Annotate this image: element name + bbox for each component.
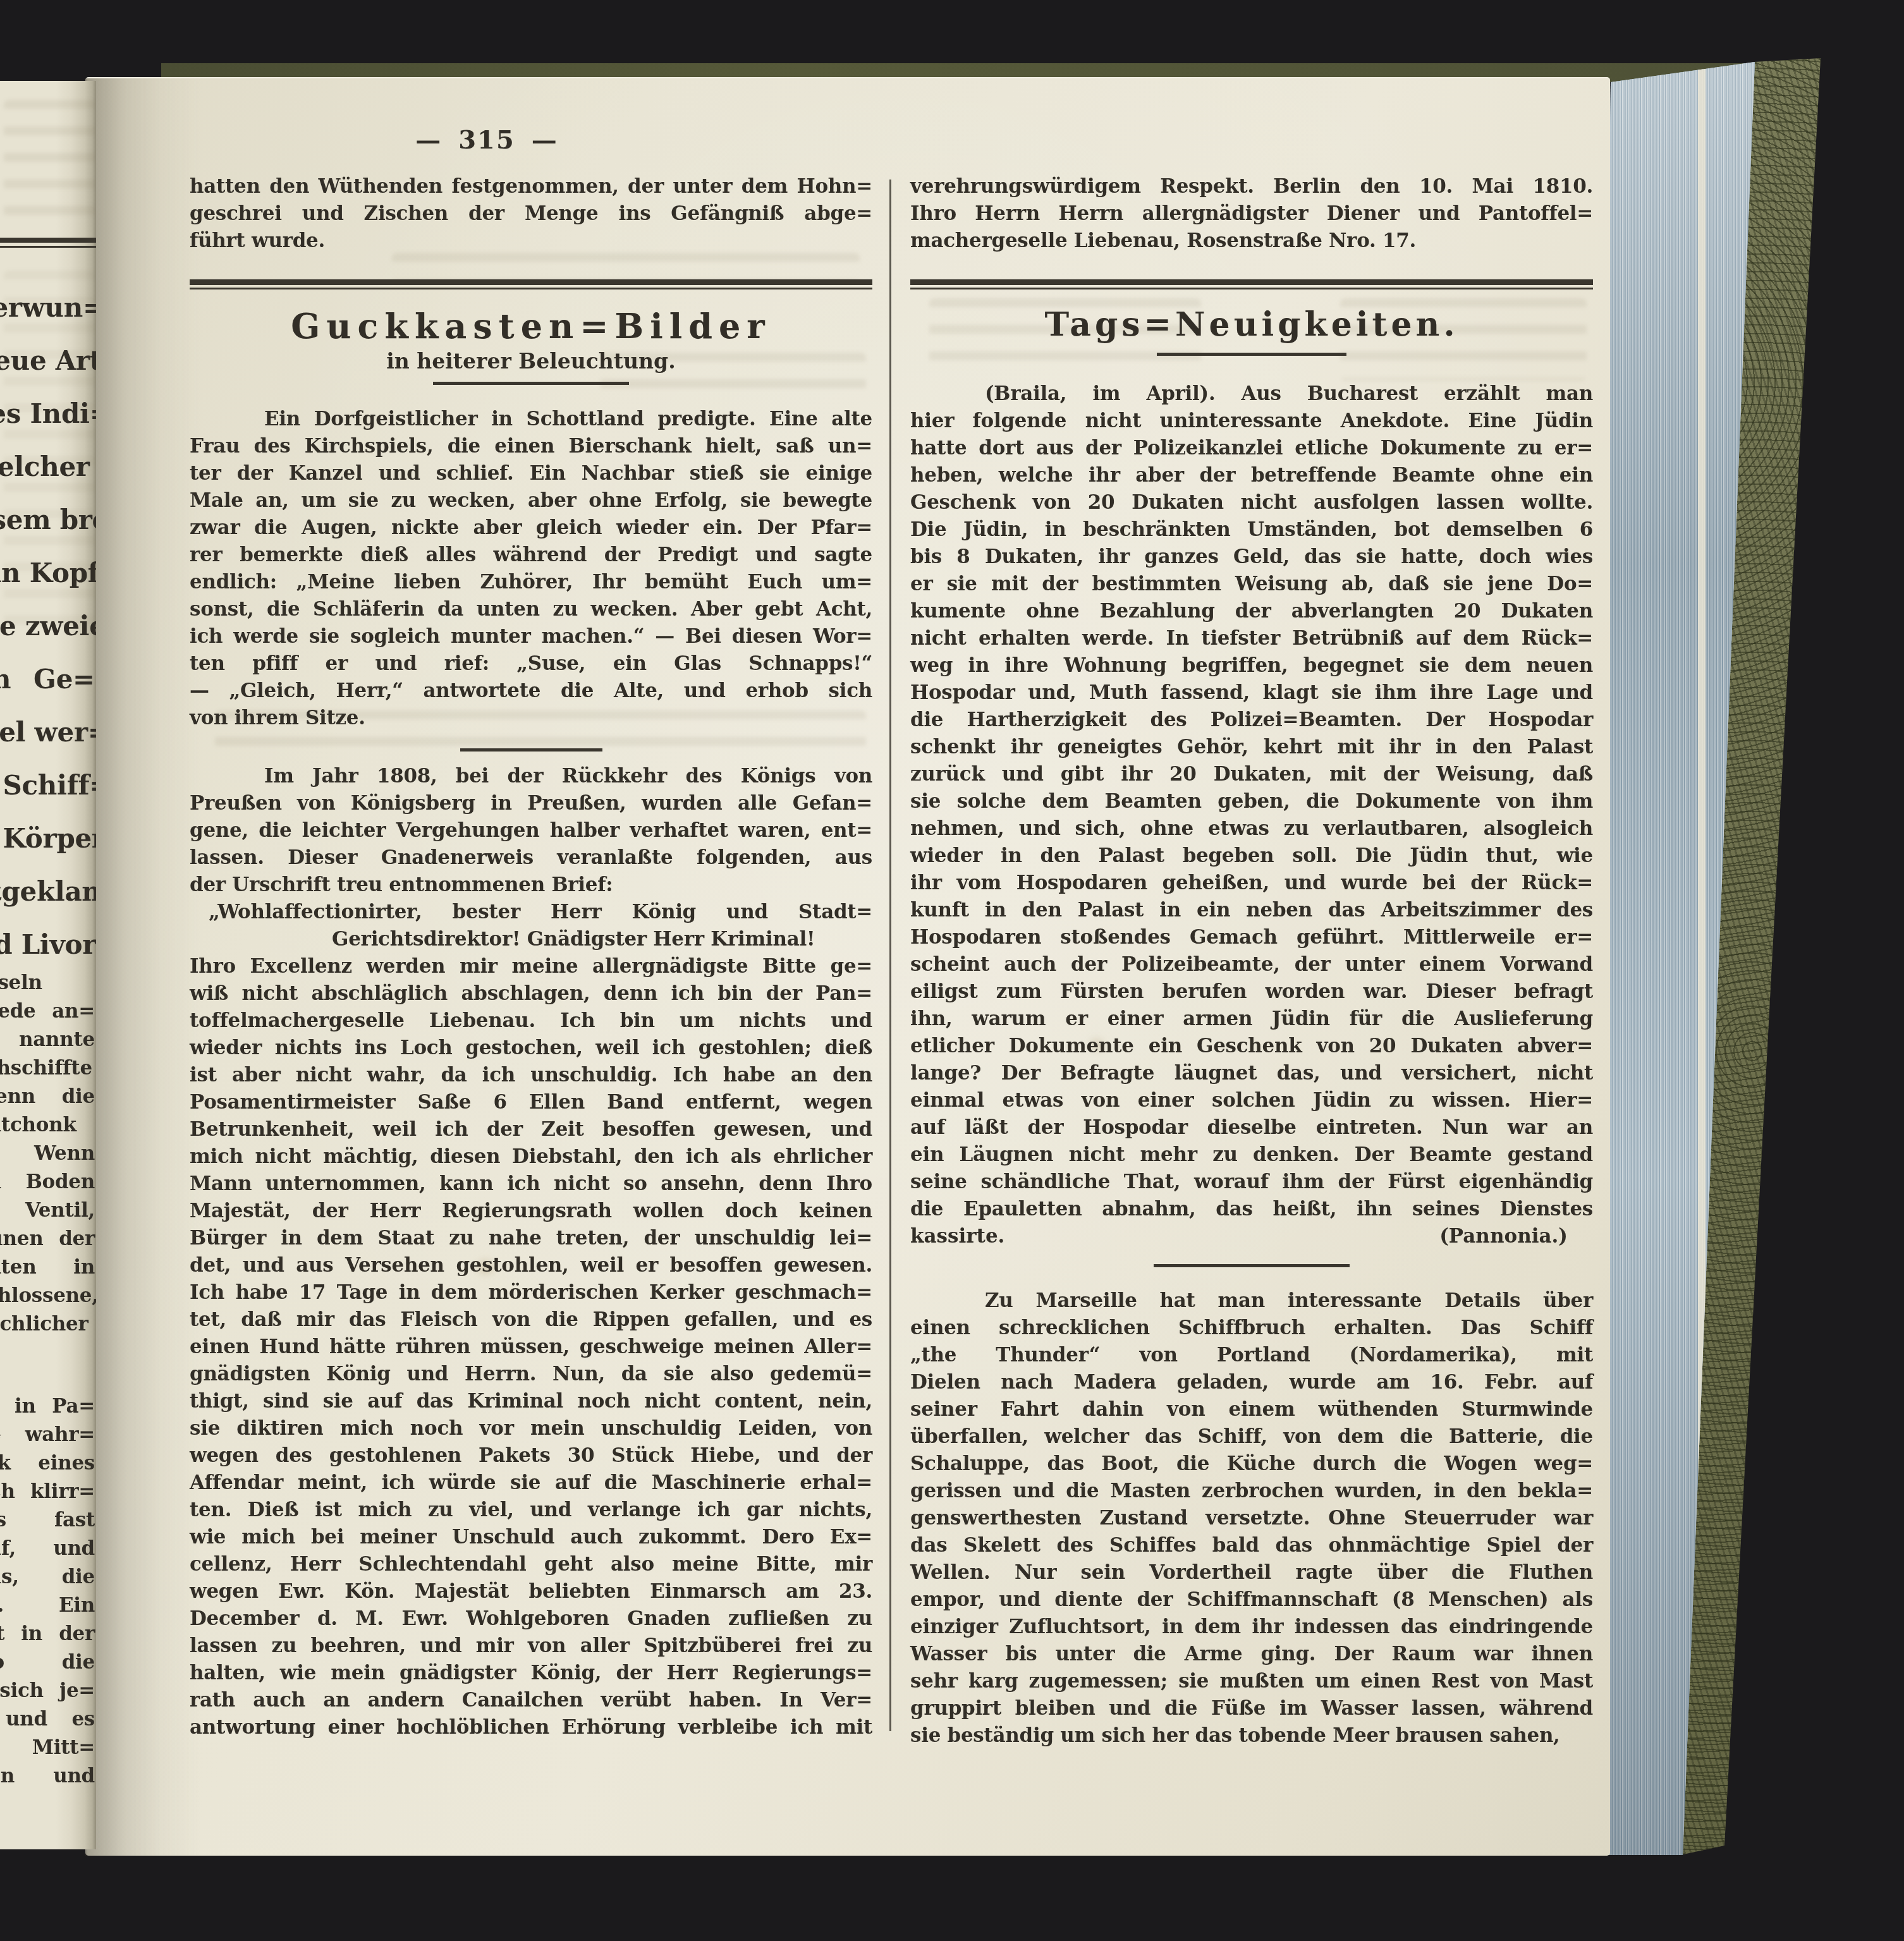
text-line: seine schändliche That, worauf ihm der F…: [910, 1169, 1593, 1196]
text-line: gt. Ein: [0, 1591, 95, 1620]
text-line: wie mich bei meiner Unschuld auch zukomm…: [190, 1524, 872, 1551]
text-line: lich klirr=: [0, 1478, 95, 1506]
text-line: gnädigsten König und Herrn. Nun, da sie …: [190, 1361, 872, 1388]
text-line: schlossene,: [0, 1282, 95, 1310]
text-line: . Wenn: [0, 1140, 95, 1168]
text-line: Wasser bis unter die Arme ging. Der Raum…: [910, 1641, 1593, 1668]
text-line: aus, die: [0, 1563, 95, 1591]
text-line: cellenz, Herr Schlechtendahl geht also m…: [190, 1551, 872, 1578]
text-line: empor, und diente der Schiffmannschaft (…: [910, 1586, 1593, 1614]
text-line: thigt, sind sie auf das Kriminal noch ni…: [190, 1388, 872, 1415]
text-line: Hospodar und, Muth fassend, klagt sie ih…: [910, 679, 1593, 707]
text-line: hatte dort aus der Polizeikanzlei etlich…: [910, 435, 1593, 462]
text-line: det, und aus Versehen gestohlen, weil er…: [190, 1252, 872, 1279]
text-line: sehr karg zugemessen; sie mußten um eine…: [910, 1668, 1593, 1695]
text-line: machergeselle Liebenau, Rosenstraße Nro.…: [910, 228, 1593, 255]
text-line: Posamentirmeister Saße 6 Ellen Band entf…: [190, 1089, 872, 1116]
section-title: Guckkasten=Bilder: [190, 307, 872, 345]
text-line: wegen des gestohlenen Pakets 30 Stück Hi…: [190, 1442, 872, 1469]
carryover-paragraph: hatten den Wüthenden festgenommen, der u…: [190, 173, 872, 255]
text-line: (Braila, im April). Aus Bucharest erzähl…: [910, 380, 1593, 408]
text-line: lassen. Dieser Gnadenerweis veranlaßte f…: [190, 844, 872, 872]
text-line: t sich je=: [0, 1677, 95, 1705]
text-line: mich nicht mächtig, diesen Diebstahl, de…: [190, 1143, 872, 1171]
text-line: kunft in den Palast in ein neben das Arb…: [910, 897, 1593, 924]
text-line: Schaluppe, das Boot, die Küche durch die…: [910, 1451, 1593, 1478]
text-line: ein Kopf: [0, 547, 95, 600]
text-line: Majestät, der Herr Regierungsrath wollen…: [190, 1198, 872, 1225]
text-line: auf läßt der Hospodar dieselbe eintreten…: [910, 1114, 1593, 1141]
text-line: rd in Pa=: [0, 1392, 95, 1421]
text-line: ten. Dieß ist mich zu viel, und verlange…: [190, 1497, 872, 1524]
text-line: wieder in den Palast begeben soll. Die J…: [910, 843, 1593, 870]
title-underline-rule: [433, 382, 629, 385]
text-line: ich werde sie sogleich munter machen.“ —…: [190, 623, 872, 650]
text-line: Male an, um sie zu wecken, aber ohne Erf…: [190, 487, 872, 514]
paragraph-separator-rule: [460, 748, 602, 751]
text-line: Affendar meint, ich würde sie auf die Ma…: [190, 1469, 872, 1497]
text-line: autchonk: [0, 1111, 95, 1140]
text-line: Frau des Kirchspiels, die einen Bierscha…: [190, 433, 872, 460]
text-line: Ich habe 17 Tage in dem mörderischen Ker…: [190, 1279, 872, 1306]
anecdote-closing-line: kassirte. (Pannonia.): [910, 1223, 1593, 1250]
text-line: stgeklam=: [0, 865, 95, 918]
text-line: neue Art: [0, 334, 95, 387]
text-line: der Urschrift treu entnommenen Brief:: [190, 872, 872, 899]
text-line: die Epauletten abnahm, das heißt, ihn se…: [910, 1196, 1593, 1223]
text-line: sie solche dem Beamten geben, die Dokume…: [910, 788, 1593, 815]
text-line: Inseln: [0, 969, 95, 997]
text-line: „Wohlaffectionirter, bester Herr König u…: [190, 899, 872, 926]
letter-paragraph: Im Jahr 1808, bei der Rückkehr des König…: [190, 763, 872, 1741]
text-line: wegen Ewr. Kön. Majestät beliebten Einma…: [190, 1578, 872, 1605]
text-line: Preußen von Königsberg in Preußen, wurde…: [190, 790, 872, 817]
text-line: ttel wer=: [0, 706, 95, 759]
text-line: gen und: [0, 1762, 95, 1791]
text-line: einziger Zufluchtsort, in dem ihr indess…: [910, 1614, 1593, 1641]
text-line: thede an=: [0, 997, 95, 1026]
braila-anecdote-paragraph: (Braila, im April). Aus Bucharest erzähl…: [910, 380, 1593, 1223]
text-line: auf, und: [0, 1535, 95, 1563]
page-number-dash: —: [415, 125, 442, 155]
paragraph-separator-rule: [1154, 1264, 1350, 1267]
text-line: zwar die Augen, nickte aber gleich wiede…: [190, 514, 872, 542]
text-line: nschlicher: [0, 1310, 95, 1339]
text-line: Im Jahr 1808, bei der Rückkehr des König…: [190, 763, 872, 790]
text-line: überfallen, welcher das Schiff, von dem …: [910, 1423, 1593, 1451]
text-line: seiner Fahrt dahin von einem wüthenden S…: [910, 1396, 1593, 1423]
text-line: en Boden: [0, 1168, 95, 1196]
text-line: bis fast: [0, 1506, 95, 1535]
text-line: rchschiffte: [0, 1054, 95, 1083]
previous-page-fragments: rd in Pa=ne wahr=erk eineslich klirr=bis…: [0, 1392, 95, 1791]
section-divider-rule: [190, 279, 872, 289]
previous-page-fragments: Inselnthede an=, nannterchschiffteWenn d…: [0, 969, 95, 1339]
text-line: sonst, die Schläferin da unten zu wecken…: [190, 596, 872, 623]
text-line: Gerichtsdirektor! Gnädigster Herr Krimin…: [190, 926, 872, 953]
text-line: , nannte: [0, 1026, 95, 1054]
text-line: Mann unternommen, kann ich nicht so anse…: [190, 1171, 872, 1198]
text-line: zurück und gibt ihr 20 Dukaten, mit der …: [910, 761, 1593, 788]
text-line: gerissen und die Masten zerbrochen wurde…: [910, 1478, 1593, 1505]
title-underline-rule: [1157, 353, 1346, 356]
text-line: ihn, warum er einer armen Jüdin für die …: [910, 1006, 1593, 1033]
showthrough-text: [4, 100, 96, 226]
text-line: hatten den Wüthenden festgenommen, der u…: [190, 173, 872, 200]
text-line: . Mitt=: [0, 1734, 95, 1762]
text-line: Wellen. Nur sein Vordertheil ragte über …: [910, 1559, 1593, 1586]
text-line: etlicher Dokumente ein Geschenk von 20 D…: [910, 1033, 1593, 1060]
text-line: erk eines: [0, 1449, 95, 1478]
text-line: toffelmachergeselle Liebenau. Ich bin um…: [190, 1007, 872, 1035]
text-line: eerwun=: [0, 281, 95, 334]
text-line: Ihro Herrn Herrn allergnädigster Diener …: [910, 200, 1593, 228]
text-line: endlich: „Meine lieben Zuhörer, Ihr bemü…: [190, 569, 872, 596]
text-line: gene, die leichter Vergehungen halber ve…: [190, 817, 872, 844]
section-subtitle: in heiterer Beleuchtung.: [190, 349, 872, 374]
text-line: von ihrem Sitze.: [190, 705, 872, 732]
previous-page-fragments: eerwun=neue Artses Indi=welcher eresem b…: [0, 281, 95, 971]
text-line: schenkt ihr geneigtes Gehör, kehrt mit i…: [910, 734, 1593, 761]
text-line: nunen der: [0, 1225, 95, 1253]
text-line: halten, wie mein gnädigster König, der H…: [190, 1660, 872, 1687]
page-number-dash: —: [532, 125, 558, 155]
text-line: er sie mit der bestimmten Weisung ab, da…: [910, 571, 1593, 598]
text-line: lse zweier: [0, 600, 95, 653]
text-line: bis 8 Dukaten, ihr ganzes Geld, das sie …: [910, 544, 1593, 571]
column-divider-rule: [889, 179, 891, 1731]
anecdote-paragraph: Ein Dorfgeistlicher in Schottland predig…: [190, 406, 872, 732]
text-line: ein Läugnen nicht mehr zu denken. Der Be…: [910, 1141, 1593, 1169]
text-line: einmal etwas von einer solchen Jüdin zu …: [910, 1087, 1593, 1114]
text-line: einen schrecklichen Schiffbruch erhalten…: [910, 1315, 1593, 1342]
text-line: Bürger in dem Staat zu nahe treten, der …: [190, 1225, 872, 1252]
text-line: die Hartherzigkeit des Polizei=Beamten. …: [910, 707, 1593, 734]
page-number: —315—: [303, 125, 670, 155]
text-line: weg in ihre Wohnung begriffen, begegnet …: [910, 652, 1593, 679]
text-line: antwortung einer hochlöblichen Erhörung …: [190, 1714, 872, 1741]
text-line: das Skelett des Schiffes bald das ohnmäc…: [910, 1532, 1593, 1559]
section-divider-rule: [910, 279, 1593, 289]
text-line: hier folgende nicht uninteressante Anekd…: [910, 408, 1593, 435]
text-line: Zu Marseille hat man interessante Detail…: [910, 1287, 1593, 1315]
text-line: nehmen, und sich, ohne etwas zu verlautb…: [910, 815, 1593, 843]
section-title: Tags=Neuigkeiten.: [910, 306, 1593, 344]
text-line: ses Indi=: [0, 387, 95, 441]
text-line: heben, welche ihr aber der betreffende B…: [910, 462, 1593, 489]
text-line: rst in der: [0, 1620, 95, 1648]
previous-page-strip: eerwun=neue Artses Indi=welcher eresem b…: [0, 81, 96, 1849]
text-line: einen Hund hätte rühren müssen, geschwei…: [190, 1334, 872, 1361]
text-line: ihr vom Hospodaren geheißen, und wurde b…: [910, 870, 1593, 897]
text-line: n Körper,: [0, 812, 95, 865]
text-line: n Ventil,: [0, 1196, 95, 1225]
text-line: — „Gleich, Herr,“ antwortete die Alte, u…: [190, 678, 872, 705]
text-line: u Schiff=: [0, 759, 95, 812]
text-line: Wenn die: [0, 1083, 95, 1111]
text-line: nd Livor=: [0, 918, 95, 971]
text-line: an Ge=: [0, 653, 95, 706]
text-line: scheint auch der Polizeibeamte, der unte…: [910, 951, 1593, 978]
text-line: Dielen nach Madera geladen, wurde am 16.…: [910, 1369, 1593, 1396]
text-line: lassen zu beehren, und mir von aller Spi…: [190, 1633, 872, 1660]
text-line: Geschenk von 20 Dukaten nicht ausfolgen …: [910, 489, 1593, 516]
text-line: wieder nichts ins Loch gestochen, weil i…: [190, 1035, 872, 1062]
text-line: ten pfiff er und rief: „Suse, ein Glas S…: [190, 650, 872, 678]
text-line: Betrunkenheit, weil ich der Zeit besoffe…: [190, 1116, 872, 1143]
text-line: wiß nicht abschläglich abschlagen, denn …: [190, 980, 872, 1007]
text-line: tet, daß mir das Fleisch von die Rippen …: [190, 1306, 872, 1334]
previous-page-rule: [0, 238, 96, 248]
gutter-shadow: [85, 78, 201, 1856]
text-line: geschrei und Zischen der Menge ins Gefän…: [190, 200, 872, 228]
letter-closing-paragraph: verehrungswürdigem Respekt. Berlin den 1…: [910, 173, 1593, 255]
text-line: , und es: [0, 1705, 95, 1734]
text-line: wo die: [0, 1648, 95, 1677]
text-line: „the Thunder“ von Portland (Nordamerika)…: [910, 1342, 1593, 1369]
text-line: Hospodaren stoßendes Gemach geführt. Mit…: [910, 924, 1593, 951]
left-column: hatten den Wüthenden festgenommen, der u…: [190, 173, 872, 1741]
text-line: Ihro Excellenz werden mir meine allergnä…: [190, 953, 872, 980]
text-line: eiligst zum Fürsten berufen worden war. …: [910, 978, 1593, 1006]
book-page: —315— hatten den Wüthenden festgenommen,…: [85, 77, 1610, 1856]
text-line: sie diktiren mich noch vor mein unschuld…: [190, 1415, 872, 1442]
source-credit: (Pannonia.): [1439, 1223, 1593, 1250]
anecdote-last-words: kassirte.: [910, 1223, 1004, 1250]
text-line: genswerthesten Zustand versetzte. Ohne S…: [910, 1505, 1593, 1532]
text-line: welcher er: [0, 441, 95, 494]
text-line: odten in: [0, 1253, 95, 1282]
text-line: führt wurde.: [190, 228, 872, 255]
text-line: rer bemerkte dieß alles während der Pred…: [190, 542, 872, 569]
text-line: ter der Kanzel und schlief. Ein Nachbar …: [190, 460, 872, 487]
text-line: Ein Dorfgeistlicher in Schottland predig…: [190, 406, 872, 433]
book-scan: eerwun=neue Artses Indi=welcher eresem b…: [0, 0, 1904, 1941]
text-line: December d. M. Ewr. Wohlgeboren Gnaden z…: [190, 1605, 872, 1633]
text-line: gruppirt bleiben und die Füße im Wasser …: [910, 1695, 1593, 1722]
text-line: kumente ohne Bezahlung der abverlangten …: [910, 598, 1593, 625]
right-column: verehrungswürdigem Respekt. Berlin den 1…: [910, 173, 1593, 1749]
shipwreck-paragraph: Zu Marseille hat man interessante Detail…: [910, 1287, 1593, 1749]
text-line: ist aber nicht wahr, da ich unschuldig. …: [190, 1062, 872, 1089]
page-number-value: 315: [458, 125, 515, 155]
text-line: nicht erhalten werde. In tiefster Betrüb…: [910, 625, 1593, 652]
text-line: sie beständig um sich her das tobende Me…: [910, 1722, 1593, 1749]
text-line: rath auch an andern Canailchen verübt ha…: [190, 1687, 872, 1714]
text-line: verehrungswürdigem Respekt. Berlin den 1…: [910, 173, 1593, 200]
text-line: Die Jüdin, in beschränkten Umständen, bo…: [910, 516, 1593, 544]
text-line: lange? Der Befragte läugnet das, und ver…: [910, 1060, 1593, 1087]
text-line: ne wahr=: [0, 1421, 95, 1449]
text-line: esem bre=: [0, 494, 95, 547]
